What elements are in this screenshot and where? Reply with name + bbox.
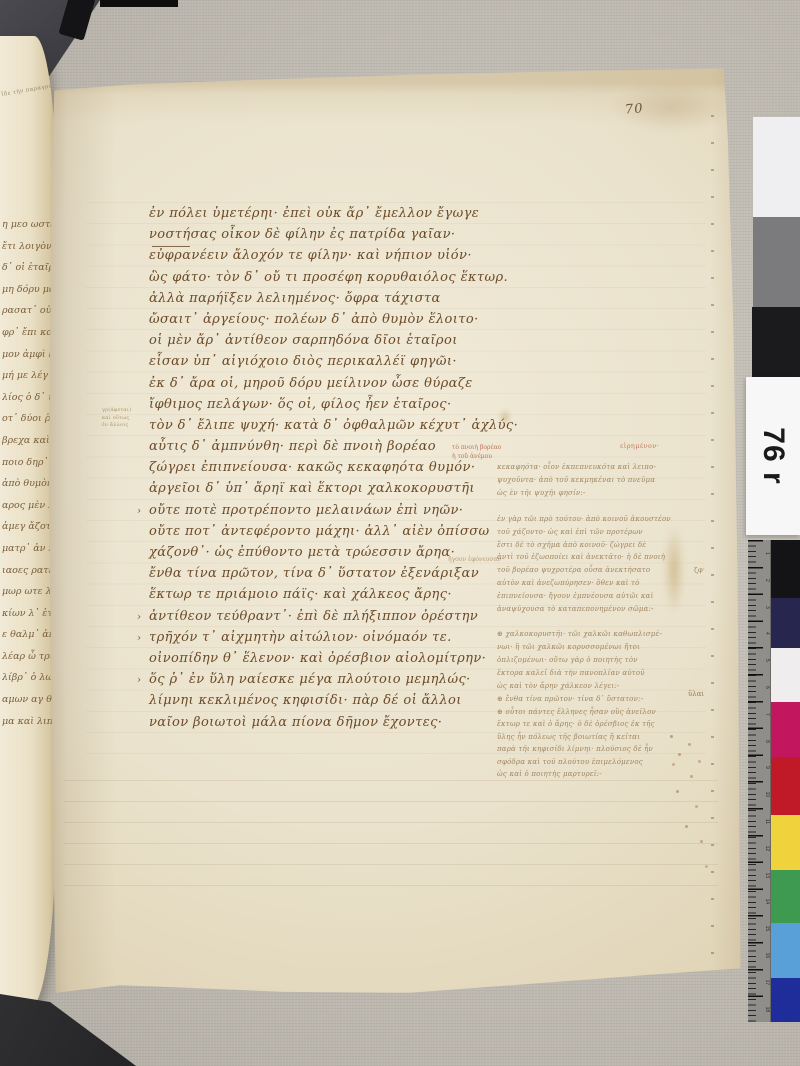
verse-text: ζώγρει ἐπιπνείουσα· κακῶς κεκαφηότα θυμό… — [149, 460, 475, 475]
diple-mark: › — [137, 501, 149, 522]
color-patch — [771, 540, 800, 598]
facing-text-fragment: βρεχα καὶ ἴαχ — [2, 430, 54, 452]
scribal-underline — [152, 246, 190, 247]
scholia-line: σφόδρα καὶ τοῦ πλούτου ἐπιμελόμενος — [497, 756, 702, 768]
color-patch — [771, 978, 800, 1022]
facing-text-fragment: λέαρ ὦ τρίχες — [2, 646, 54, 668]
facing-text-fragment: φρ᾽ ἔπι καί μιν — [2, 322, 54, 344]
scholia-line: κεκαφηότα· οἷον ἐκπεπνευκότα καὶ λειπο- — [497, 461, 702, 474]
facing-text-fragment: μή με λέγ᾽ ἀχρ — [2, 365, 54, 387]
color-patch — [771, 648, 800, 702]
facing-text-fragment: αμων αγ θόλω — [2, 689, 54, 711]
left-margin-note-line: γρ(άφεται) — [102, 407, 146, 415]
facing-text-fragment: οτ᾽ δύοι ῥίμφ — [2, 408, 54, 430]
verse-text: χάζονθ᾽· ὡς ἐπύθοντο μετὰ τρώεσσιν ἄρηα· — [149, 545, 455, 560]
verse-text: εὐφρανέειν ἄλοχόν τε φίλην· καὶ νήπιον υ… — [149, 248, 472, 263]
verse-line: νοστήσας οἶκον δὲ φίλην ἐς πατρίδα γαῖαν… — [150, 224, 550, 245]
facing-text-fragment: μη δόρυ μαψ — [2, 279, 54, 301]
diple-mark: › — [137, 607, 149, 628]
color-patch — [771, 702, 800, 757]
ruler-and-color-bar: 1 2 3 4 5 6 7 8 9 10 — [748, 540, 800, 1022]
verse-text: ἀλλὰ παρήϊξεν λελιημένος· ὄφρα τάχιστα — [149, 291, 441, 306]
verse-text: νοστήσας οἶκον δὲ φίλην ἐς πατρίδα γαῖαν… — [149, 227, 455, 242]
facing-text-fragment: αρος μὲν λάε — [2, 495, 54, 517]
verse-text: ἕκτωρ τε πριάμοιο πάϊς· καὶ χάλκεος ἄρης… — [149, 587, 452, 602]
ruling-lines-lower — [64, 780, 718, 892]
scholia-line: ⊕ οὗτοι πάντες ἕλληνες ἦσαν οὓς ἀνεῖλον — [497, 706, 702, 718]
red-gloss-line: ἡ τοῦ ἀνέμου — [452, 453, 522, 462]
scholia-line: νωι· ἢ τῶι χαλκῶι κορυσσομένωι ἤτοι — [497, 641, 702, 654]
diple-mark: › — [137, 670, 149, 691]
manuscript-page: 70 ἐν πόλει ὑμετέρηι· ἐπεὶ οὐκ ἄρ᾽ ἔμελλ… — [46, 62, 746, 1006]
color-calibration-patches — [771, 540, 800, 1022]
verse-text: αὖτις δ᾽ ἀμπνύνθη· περὶ δὲ πνοιὴ βορέαο — [149, 439, 436, 454]
color-patch — [771, 598, 800, 648]
scholia-line: ὕλης ἦν πόλεως τῆς βοιωτίας ἣ κεῖται — [497, 731, 702, 743]
facing-page-edge: ἴδε τὴν παραγραφὴν τοῦ ὁμ. η μεο ωστε ἔτ… — [0, 36, 56, 1008]
scholia-line: τοῦ χάζοντο· ὡς καὶ ἐπὶ τῶν προτέρων — [497, 526, 702, 539]
verse-text: ἀργεῖοι δ᾽ ὑπ᾽ ἄρηϊ καὶ ἕκτορι χαλκοκορυ… — [149, 481, 475, 496]
scholia-line: παρὰ τῆι κηφισίδι λίμνηι· πλούσιος δὲ ἦν — [497, 743, 702, 755]
facing-text-fragment: ἀπὸ θυμὸν ὀψ — [2, 473, 54, 495]
verse-text: ἐν πόλει ὑμετέρηι· ἐπεὶ οὐκ ἄρ᾽ ἔμελλον … — [149, 206, 479, 221]
verse-text: ναῖον βοιωτοὶ μάλα πίονα δῆμον ἔχοντες· — [149, 715, 442, 730]
cm-ruler: 1 2 3 4 5 6 7 8 9 10 — [748, 540, 771, 1022]
diple-mark: › — [137, 628, 149, 649]
verse-line: ἐκ δ᾽ ἄρα οἱ, μηροῦ δόρυ μείλινον ὦσε θύ… — [150, 373, 550, 394]
verse-line: ναῖον βοιωτοὶ μάλα πίονα δῆμον ἔχοντες· — [150, 712, 550, 733]
verse-line: ὤσαιτ᾽ ἀργείους· πολέων δ᾽ ἀπὸ θυμὸν ἕλο… — [150, 309, 550, 330]
verse-text: εἷσαν ὑπ᾽ αἰγιόχοιο διὸς περικαλλέϊ φηγῶ… — [149, 354, 457, 369]
facing-text-fragment: δ᾽ οἱ ἑταῖροι — [2, 257, 54, 279]
verse-line: ›ἀντίθεον τεύθραντ᾽· ἐπὶ δὲ πλήξιππον ὀρ… — [150, 606, 550, 627]
verse-text: ὣς φάτο· τὸν δ᾽ οὔ τι προσέφη κορυθαιόλο… — [149, 270, 508, 285]
verse-text: τὸν δ᾽ ἔλιπε ψυχή· κατὰ δ᾽ ὀφθαλμῶν κέχυ… — [149, 418, 518, 433]
verse-text: ὤσαιτ᾽ ἀργείους· πολέων δ᾽ ἀπὸ θυμὸν ἕλο… — [149, 312, 479, 327]
folio-label-tag: 76 r — [746, 377, 800, 535]
facing-text-fragment: ἔτι λοιγὸν ἀμύ — [2, 236, 54, 258]
verse-text: οἰνοπίδην θ᾽ ἕλενον· καὶ ὀρέσβιον αἰολομ… — [149, 651, 486, 666]
right-margin-mark: ζφ· — [693, 565, 705, 574]
scholia-line: ἐπιπνείουσα· ἤγουν ἐμπνέουσα αὐτῶι καὶ — [497, 590, 702, 603]
scholia-line: ὡς καὶ τὸν ἄρην χάλκεον λέγει:- — [497, 680, 702, 693]
verse-text: οἱ μὲν ἄρ᾽ ἀντίθεον σαρπηδόνα δῖοι ἑταῖρ… — [149, 333, 458, 348]
verse-line: ›τρῆχόν τ᾽ αἰχμητὴν αἰτώλιον· οἰνόμαόν τ… — [150, 627, 550, 648]
facing-text-fragment: ματρ᾽ ἀν πεδι — [2, 538, 54, 560]
scholia-line: ⊕ ἔνθα τίνα πρῶτον· τίνα δ᾽ ὕστατον:- — [497, 693, 702, 706]
prick-holes-column — [711, 115, 714, 987]
scholia-block-a: κεκαφηότα· οἷον ἐκπεπνευκότα καὶ λειπο-ψ… — [497, 461, 702, 500]
scholia-block-b: ἐν γὰρ τῶι πρὸ τούτου· ἀπὸ κοινοῦ ἀκουστ… — [497, 513, 702, 615]
color-patch — [771, 815, 800, 870]
verse-text: ἀντίθεον τεύθραντ᾽· ἐπὶ δὲ πλήξιππον ὀρέ… — [149, 609, 478, 624]
color-patch — [771, 870, 800, 923]
verse-line: οὔτε ποτ᾽ ἀντεφέροντο μάχηι· ἀλλ᾽ αἰὲν ὀ… — [150, 521, 550, 542]
calibration-black-block — [752, 307, 800, 377]
ruler-digits: 1 2 3 4 5 6 7 8 9 10 — [762, 540, 771, 1022]
facing-text-fragment: ιαοες ρατε πυ — [2, 560, 54, 582]
scholia-line: ⊕ χαλκοκορυστῆι· τῶι χαλκῶι καθωπλισμέ- — [497, 628, 702, 641]
left-margin-note-line: καὶ οὕτως — [102, 415, 146, 423]
manuscript-photo-stage: ἴδε τὴν παραγραφὴν τοῦ ὁμ. η μεο ωστε ἔτ… — [0, 0, 800, 1066]
interlinear-red-gloss: τὸ πνοιὴ βορέαο ἡ τοῦ ἀνέμου — [452, 444, 522, 461]
folio-label-text: 76 r — [756, 427, 790, 484]
facing-text-fragment: μον ἀμφὶ ἕπηχ — [2, 344, 54, 366]
verse-line: ›οὔτε ποτὲ προτρέποντο μελαινάων ἐπὶ νηῶ… — [150, 500, 550, 521]
scholia-line: ὁπλιζομένωι· οὕτω γὰρ ὁ ποιητὴς τὸν — [497, 654, 702, 667]
verse-text: ἔνθα τίνα πρῶτον, τίνα δ᾽ ὕστατον ἐξενάρ… — [149, 566, 479, 581]
scholia-line: ὡς καὶ ὁ ποιητὴς μαρτυρεῖ:- — [497, 768, 702, 780]
verse-line: ὣς φάτο· τὸν δ᾽ οὔ τι προσέφη κορυθαιόλο… — [150, 267, 550, 288]
verse-line: ἀλλὰ παρήϊξεν λελιημένος· ὄφρα τάχιστα — [150, 288, 550, 309]
verse-line: τὸν δ᾽ ἔλιπε ψυχή· κατὰ δ᾽ ὀφθαλμῶν κέχυ… — [150, 415, 550, 436]
verse-text: οὔτε ποτὲ προτρέποντο μελαινάων ἐπὶ νηῶν… — [149, 503, 463, 518]
cradle-frame-bar — [100, 0, 178, 7]
verse-line: ἀργεῖοι δ᾽ ὑπ᾽ ἄρηϊ καὶ ἕκτορι χαλκοκορυ… — [150, 478, 550, 499]
scholia-line: τοῦ βορέαο ψυχροτέρα οὖσα ἀνεκτήσατο — [497, 564, 702, 577]
marginal-gloss: ἤγουν ἐφόνευσαν — [448, 556, 501, 563]
verse-line: ›ὅς ῥ᾽ ἐν ὕλη ναίεσκε μέγα πλούτοιο μεμη… — [150, 669, 550, 690]
verse-text: τρῆχόν τ᾽ αἰχμητὴν αἰτώλιον· οἰνόμαόν τε… — [149, 630, 452, 645]
verse-line: οἱ μὲν ἄρ᾽ ἀντίθεον σαρπηδόνα δῖοι ἑταῖρ… — [150, 330, 550, 351]
verse-text: λίμνηι κεκλιμένος κηφισίδι· πὰρ δέ οἱ ἄλ… — [149, 693, 462, 708]
scholia-line: ὡς ἐν τῆι ψυχῆι φησίν:- — [497, 487, 702, 500]
verse-text: ἴφθιμος πελάγων· ὅς οἱ, φίλος ἦεν ἑταῖρο… — [149, 397, 452, 412]
verse-line: ἕκτωρ τε πριάμοιο πάϊς· καὶ χάλκεος ἄρης… — [150, 584, 550, 605]
facing-text-fragment: λίβρ᾽ ὁ λωρ ἀτη — [2, 667, 54, 689]
verse-line: λίμνηι κεκλιμένος κηφισίδι· πὰρ δέ οἱ ἄλ… — [150, 690, 550, 711]
verse-text: ἐκ δ᾽ ἄρα οἱ, μηροῦ δόρυ μείλινον ὦσε θύ… — [149, 376, 473, 391]
verse-line: ἐν πόλει ὑμετέρηι· ἐπεὶ οὐκ ἄρ᾽ ἔμελλον … — [150, 203, 550, 224]
facing-text-fragment: μωρ ωτε λιπ — [2, 581, 54, 603]
facing-text-fragment: μα καὶ λιποτζ — [2, 711, 54, 733]
verse-line: εἷσαν ὑπ᾽ αἰγιόχοιο διὸς περικαλλέϊ φηγῶ… — [150, 351, 550, 372]
scholia-line: ἕκτορα καλεῖ διὰ τὴν πανοπλίαν αὐτοῦ — [497, 667, 702, 680]
color-patch — [771, 757, 800, 815]
facing-page-text-fragments: η μεο ωστε ἔτι λοιγὸν ἀμύ δ᾽ οἱ ἑταῖροι … — [2, 214, 54, 732]
scholia-heading: εἰρημένον· — [620, 442, 659, 450]
facing-text-fragment: ποιο δηρ᾽ κα — [2, 452, 54, 474]
verse-text: οὔτε ποτ᾽ ἀντεφέροντο μάχηι· ἀλλ᾽ αἰὲν ὀ… — [149, 524, 490, 539]
left-margin-note-line: ἐν ἄλλοις — [102, 422, 146, 430]
scholia-line: ἐν γὰρ τῶι πρὸ τούτου· ἀπὸ κοινοῦ ἀκουστ… — [497, 513, 702, 526]
folio-number: 70 — [624, 101, 644, 118]
verse-text: ὅς ῥ᾽ ἐν ὕλη ναίεσκε μέγα πλούτοιο μεμηλ… — [149, 672, 471, 687]
scholia-line: αὐτὸν καὶ ἀνεζωπύρησεν· ὅθεν καὶ τὸ — [497, 577, 702, 590]
scholia-line: ἀντὶ τοῦ ἐζωοποίει καὶ ἀνεκτᾶτο· ἡ δὲ πν… — [497, 551, 702, 564]
facing-text-fragment: λίος ὁ δ᾽ ιωτά — [2, 387, 54, 409]
color-patch — [771, 923, 800, 978]
scholia-line: ἔστι δὲ τὸ σχῆμα ἀπὸ κοινοῦ· ζώγρει δὲ — [497, 539, 702, 552]
verse-line: εὐφρανέειν ἄλοχόν τε φίλην· καὶ νήπιον υ… — [150, 245, 550, 266]
scholia-block-c: ⊕ χαλκοκορυστῆι· τῶι χαλκῶι καθωπλισμέ-ν… — [497, 628, 702, 706]
facing-text-fragment: κίων λ᾽ ἑτάξ — [2, 603, 54, 625]
facing-text-fragment: ε θαλμ᾽ ἀπτει — [2, 624, 54, 646]
facing-text-fragment: η μεο ωστε — [2, 214, 54, 236]
red-gloss-line: τὸ πνοιὴ βορέαο — [452, 444, 522, 453]
facing-text-fragment: ἀμεγ ἄζοτ᾽ ἰχ — [2, 516, 54, 538]
scholia-line: ἀναψύχουσα τὸ καταπεπονημένον σῶμα:- — [497, 603, 702, 616]
main-text-block: ἐν πόλει ὑμετέρηι· ἐπεὶ οὐκ ἄρ᾽ ἔμελλον … — [150, 203, 550, 733]
scholia-line: ψυχοῦντα· ἀπὸ τοῦ κεκμηκέναι τὸ πνεῦμα — [497, 474, 702, 487]
facing-text-fragment: ρασατ᾽ οὐδ᾽ ἔπη — [2, 300, 54, 322]
verse-line: ἴφθιμος πελάγων· ὅς οἱ, φίλος ἦεν ἑταῖρο… — [150, 394, 550, 415]
verse-line: ἔνθα τίνα πρῶτον, τίνα δ᾽ ὕστατον ἐξενάρ… — [150, 563, 550, 584]
scholia-line: ἕκτωρ τε καὶ ὁ ἄρης· ὁ δὲ ὀρέσβιος ἐκ τῆ… — [497, 718, 702, 730]
calibration-gray-block — [753, 217, 800, 307]
left-margin-note: γρ(άφεται) καὶ οὕτως ἐν ἄλλοις — [102, 407, 146, 430]
ruler-major-ticks — [748, 540, 763, 1022]
calibration-white-block — [753, 117, 800, 217]
right-margin-word: ὕλαι — [688, 690, 704, 698]
facing-page-top-note: ἴδε τὴν παραγραφὴν τοῦ ὁμ. — [1, 80, 56, 98]
verse-line: οἰνοπίδην θ᾽ ἕλενον· καὶ ὀρέσβιον αἰολομ… — [150, 648, 550, 669]
scholia-block-d: ⊕ οὗτοι πάντες ἕλληνες ἦσαν οὓς ἀνεῖλονἕ… — [497, 706, 702, 780]
